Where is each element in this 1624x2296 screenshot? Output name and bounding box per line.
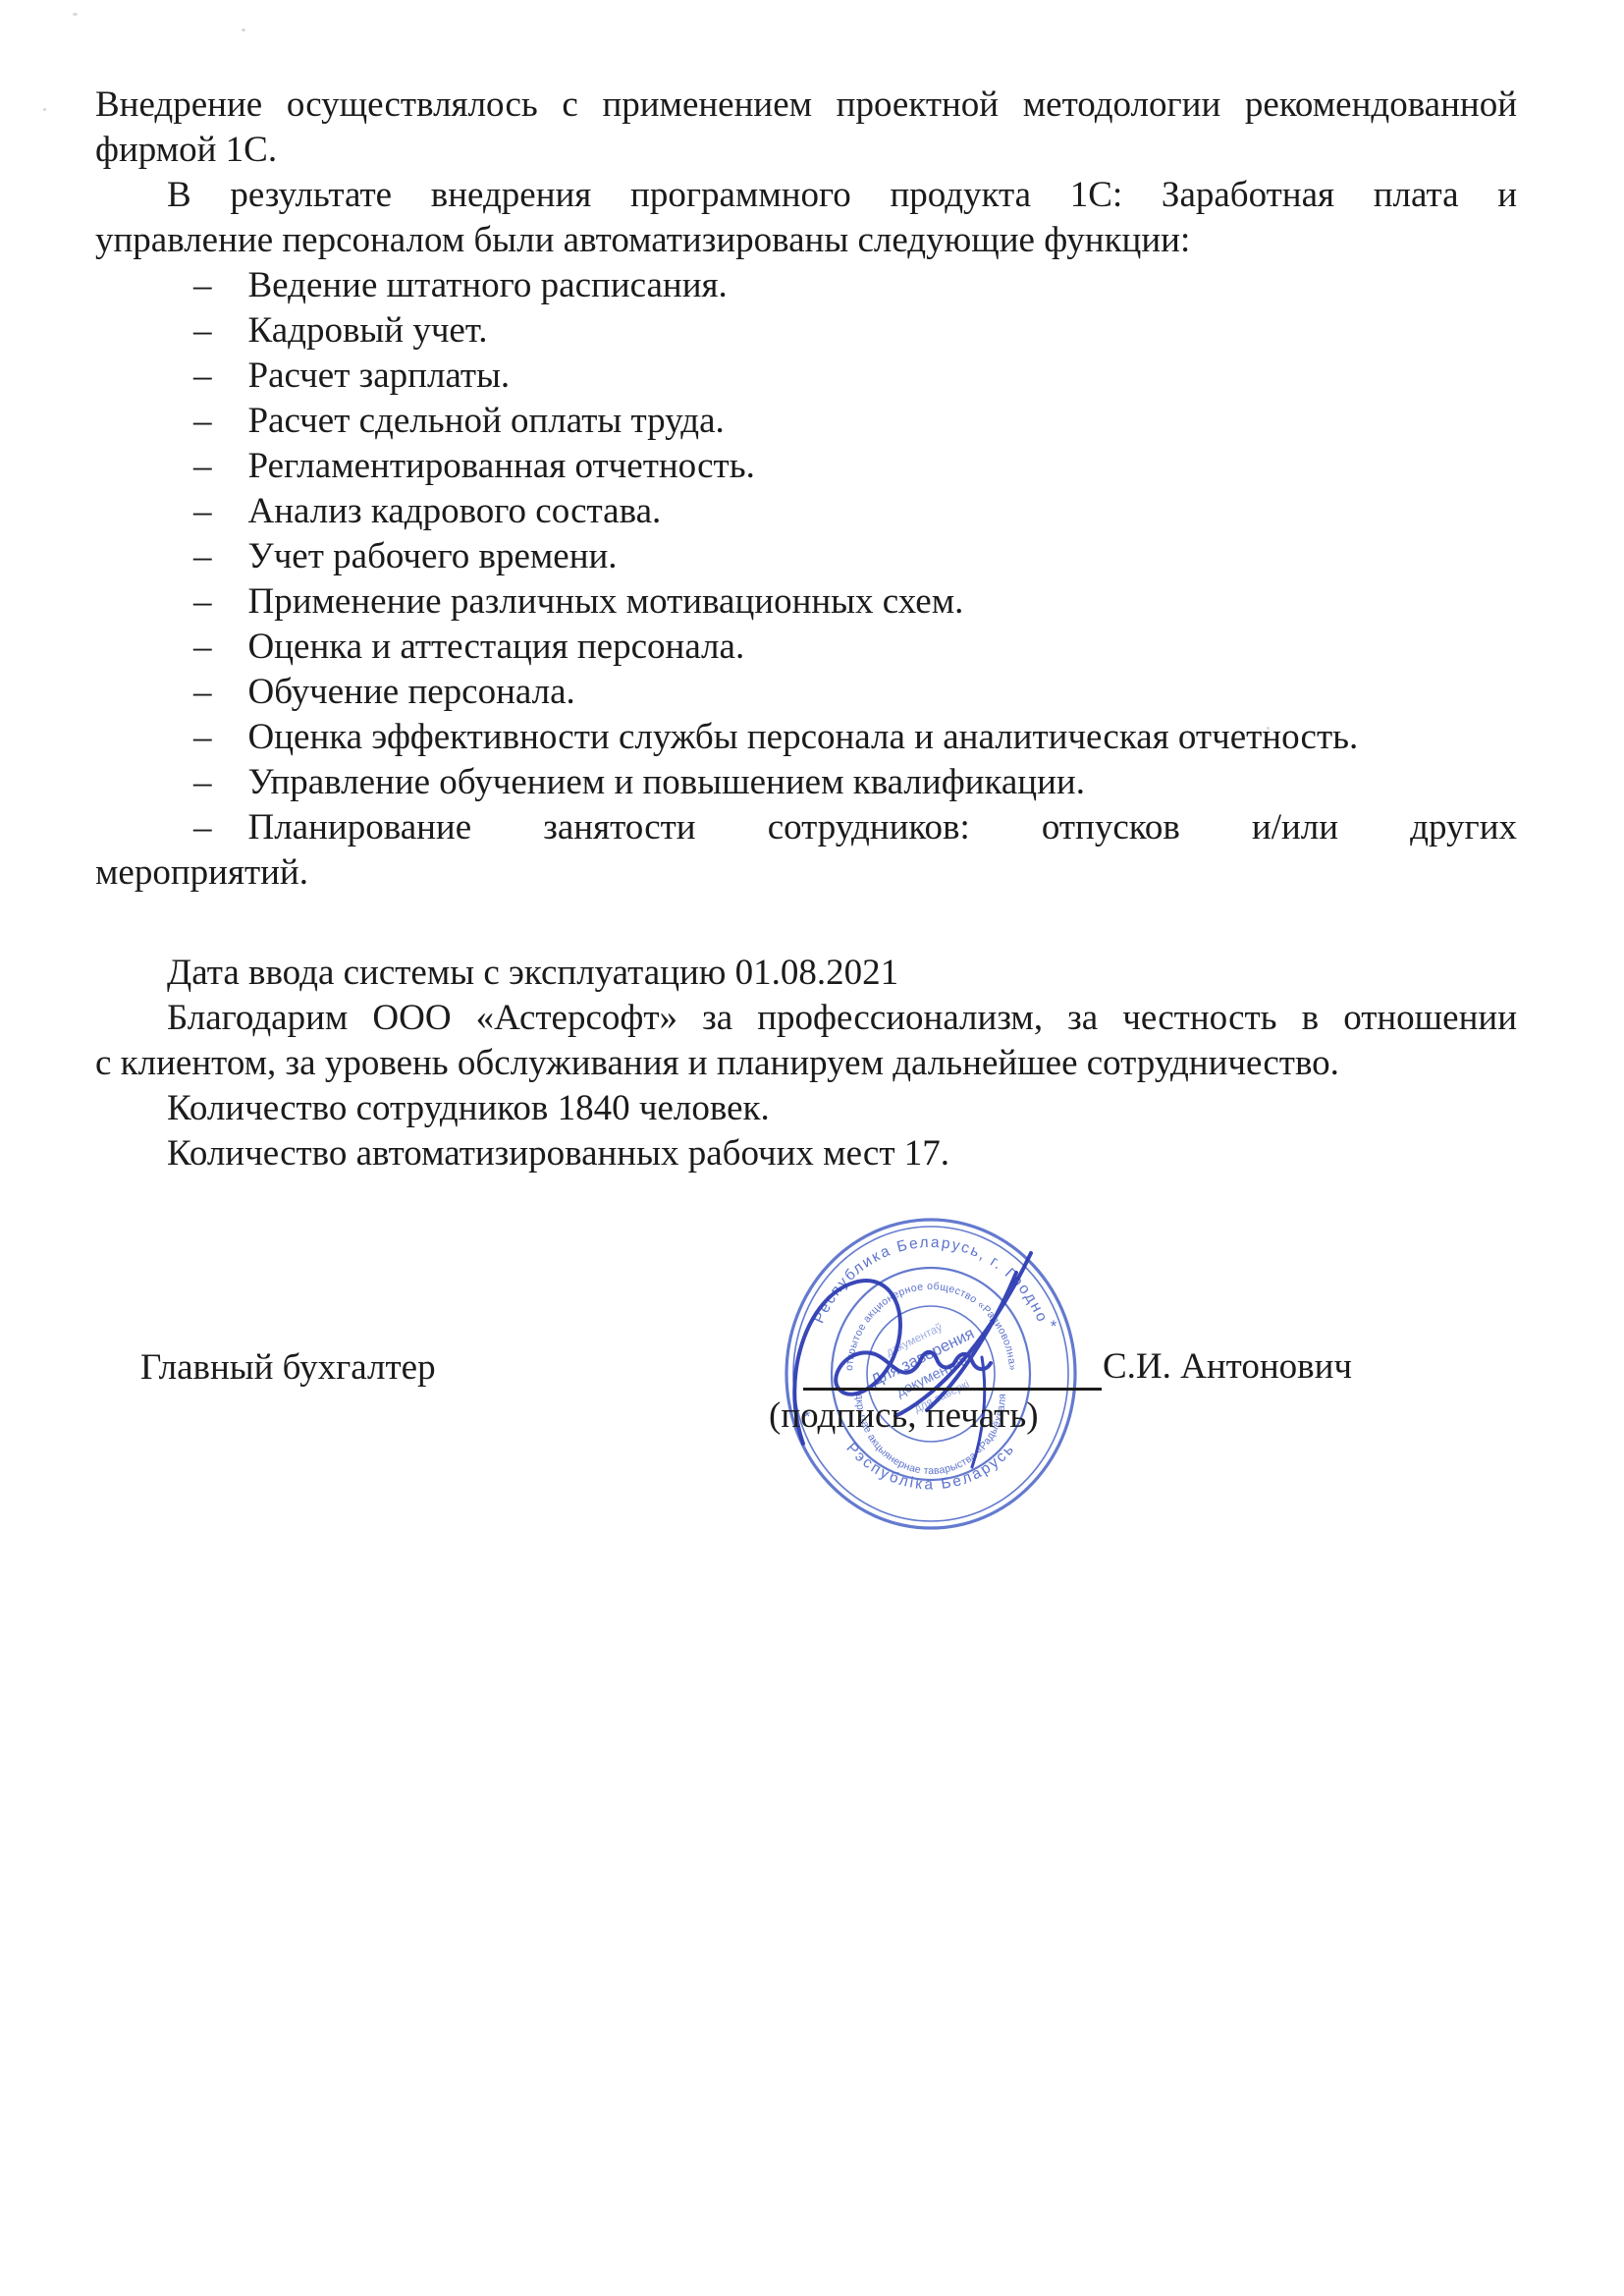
paragraph-line: управление персоналом были автоматизиров… xyxy=(95,218,1517,263)
list-dash: – xyxy=(193,581,212,622)
list-item-label: Регламентированная отчетность. xyxy=(248,446,755,486)
list-item-label: Применение различных мотивационных схем. xyxy=(248,581,964,622)
list-item: –Регламентированная отчетность. xyxy=(95,444,1517,489)
list-item: –Оценка и аттестация персонала. xyxy=(95,625,1517,670)
list-item-line: мероприятий. xyxy=(95,850,1517,896)
list-dash: – xyxy=(193,717,212,757)
date-line: Дата ввода системы с эксплуатацию 01.08.… xyxy=(95,951,1517,996)
list-dash: – xyxy=(193,762,212,802)
list-item-label: Расчет зарплаты. xyxy=(248,355,511,396)
list-item-label: Анализ кадрового состава. xyxy=(248,491,662,531)
list-item: –Применение различных мотивационных схем… xyxy=(95,579,1517,625)
list-item: –Оценка эффективности службы персонала и… xyxy=(95,715,1517,760)
signature-role: Главный бухгалтер xyxy=(140,1345,436,1391)
list-item: –Управление обучением и повышением квали… xyxy=(95,760,1517,805)
paragraph-line: Благодарим ООО «Астерсофт» за профессион… xyxy=(95,996,1517,1041)
list-dash: – xyxy=(193,446,212,486)
list-dash: – xyxy=(193,310,212,351)
paragraph-line: Внедрение осуществлялось с применением п… xyxy=(95,82,1517,128)
list-item: –Анализ кадрового состава. xyxy=(95,489,1517,534)
paragraph-line: В результате внедрения программного прод… xyxy=(95,173,1517,218)
stamp-separator-right: * xyxy=(1051,1317,1057,1336)
list-dash: – xyxy=(193,355,212,396)
scan-speck xyxy=(73,13,78,16)
functions-list: –Ведение штатного расписания. –Кадровый … xyxy=(95,263,1517,896)
list-dash: – xyxy=(193,491,212,531)
list-item-wrapping: –Планирование занятости сотрудников: отп… xyxy=(95,805,1517,896)
scanned-document-page: Внедрение осуществлялось с применением п… xyxy=(0,0,1624,2296)
paragraph-implementation: Внедрение осуществлялось с применением п… xyxy=(95,82,1517,173)
paragraph-result: В результате внедрения программного прод… xyxy=(95,173,1517,263)
blank-line xyxy=(95,896,1517,951)
signature-name: С.И. Антонович xyxy=(1103,1344,1352,1390)
signature-caption: (подпись, печать) xyxy=(769,1394,1039,1439)
list-item: –Обучение персонала. xyxy=(95,670,1517,715)
list-item: –Расчет зарплаты. xyxy=(95,354,1517,399)
list-dash: – xyxy=(193,401,212,441)
scan-speck xyxy=(242,28,245,31)
list-item-label: Оценка эффективности службы персонала и … xyxy=(248,717,1359,757)
list-item-label: Кадровый учет. xyxy=(248,310,488,351)
workplaces-line: Количество автоматизированных рабочих ме… xyxy=(95,1131,1517,1176)
list-item: –Ведение штатного расписания. xyxy=(95,263,1517,308)
signature-line xyxy=(803,1368,1102,1391)
list-dash: – xyxy=(193,807,212,847)
list-item: –Кадровый учет. xyxy=(95,308,1517,354)
list-item-label: Учет рабочего времени. xyxy=(248,536,618,576)
list-item: –Расчет сдельной оплаты труда. xyxy=(95,399,1517,444)
document-body: Внедрение осуществлялось с применением п… xyxy=(95,82,1517,1176)
list-dash: – xyxy=(193,536,212,576)
paragraph-line: с клиентом, за уровень обслуживания и пл… xyxy=(95,1041,1517,1086)
list-item-label: Управление обучением и повышением квалиф… xyxy=(248,762,1085,802)
list-dash: – xyxy=(193,627,212,667)
thanks-paragraph: Благодарим ООО «Астерсофт» за профессион… xyxy=(95,996,1517,1086)
list-dash: – xyxy=(193,265,212,305)
employees-line: Количество сотрудников 1840 человек. xyxy=(95,1086,1517,1131)
list-item: –Учет рабочего времени. xyxy=(95,534,1517,579)
list-item-label: Оценка и аттестация персонала. xyxy=(248,627,745,667)
scan-speck xyxy=(43,108,46,111)
list-item-label: Расчет сдельной оплаты труда. xyxy=(248,401,725,441)
list-dash: – xyxy=(193,672,212,712)
list-item-label: Планирование занятости сотрудников: отпу… xyxy=(248,807,1518,847)
list-item-label: Обучение персонала. xyxy=(248,672,575,712)
list-item-label: Ведение штатного расписания. xyxy=(248,265,728,305)
list-item-line: –Планирование занятости сотрудников: отп… xyxy=(95,805,1517,850)
paragraph-line: фирмой 1С. xyxy=(95,128,1517,173)
